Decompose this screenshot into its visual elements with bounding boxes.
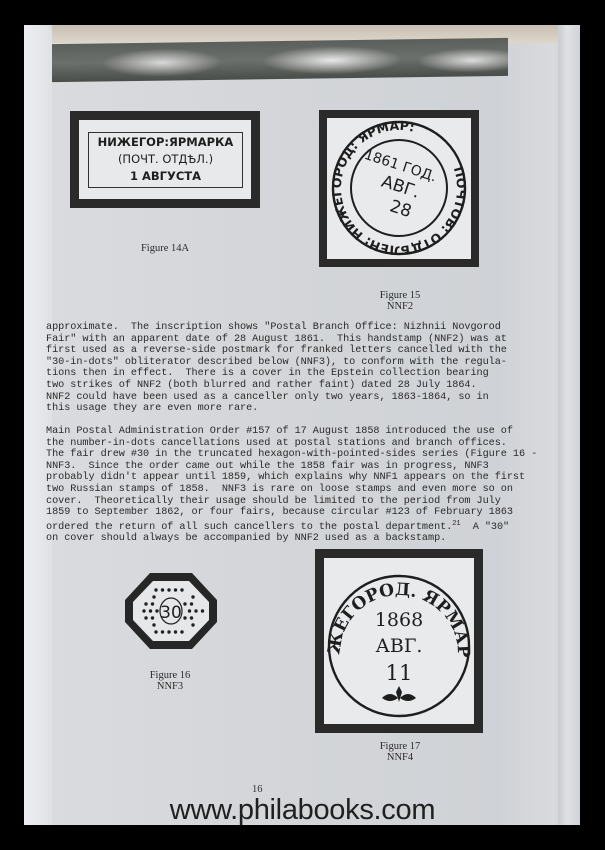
text-line: probably didn't appear until 1859, which… [46, 472, 516, 484]
text-line: the number-in-dots cancellations used at… [46, 438, 516, 450]
text-line: two Russian stamps of 1858. NNF3 is rare… [46, 484, 516, 496]
text-line: two strikes of NNF2 (both blurred and ra… [46, 380, 516, 392]
svg-text:30: 30 [160, 603, 182, 623]
text-line: "30-in-dots" obliterator described below… [46, 357, 516, 369]
figure-16-caption: Figure 16 NNF3 [130, 670, 210, 692]
caption-code: NNF2 [360, 301, 440, 312]
paragraph-2: Main Postal Administration Order #157 of… [46, 426, 516, 545]
caption-title: Figure 17 [360, 741, 440, 752]
stamp-line: (ПОЧТ. ОТДѢЛ.) [89, 151, 242, 168]
footnote-reference: 21 [452, 520, 460, 528]
stamp-box: НИЖЕГОР:ЯРМАРКА (ПОЧТ. ОТДѢЛ.) 1 АВГУСТА [88, 132, 243, 188]
text-line: tions then in effect. There is a cover i… [46, 368, 516, 380]
text-line: on cover should always be accompanied by… [46, 533, 516, 545]
document-page: НИЖЕГОР:ЯРМАРКА (ПОЧТ. ОТДѢЛ.) 1 АВГУСТА… [40, 60, 510, 800]
text-line: Fair" with an apparent date of 28 August… [46, 334, 516, 346]
right-page-edge [558, 25, 580, 825]
figure-17-caption: Figure 17 NNF4 [360, 741, 440, 763]
caption-title: Figure 14A [125, 243, 205, 254]
hexagon-dots-cancel-icon: 30 [122, 570, 220, 652]
caption-title: Figure 16 [130, 670, 210, 681]
text-line: NNF3. Since the order came out while the… [46, 461, 516, 473]
circular-postmark-icon: НИЖЕГОРОД. ЯРМАРКА 1868 АВГ. 11 [324, 558, 474, 724]
text-line: The fair drew #30 in the truncated hexag… [46, 449, 516, 461]
svg-text:11: 11 [386, 661, 413, 685]
caption-code: NNF3 [130, 681, 210, 692]
figure-17-stamp: НИЖЕГОРОД. ЯРМАРКА 1868 АВГ. 11 [315, 549, 483, 733]
text-line: this usage they are even more rare. [46, 403, 516, 415]
caption-title: Figure 15 [360, 290, 440, 301]
stamp-line: НИЖЕГОР:ЯРМАРКА [89, 134, 242, 151]
svg-text:1868: 1868 [375, 609, 423, 631]
text-line: ordered the return of all such canceller… [46, 519, 516, 534]
text-line: approximate. The inscription shows "Post… [46, 322, 516, 334]
paragraph-1: approximate. The inscription shows "Post… [46, 322, 516, 415]
text-line: cover. Theoretically their usage should … [46, 496, 516, 508]
text-line: Main Postal Administration Order #157 of… [46, 426, 516, 438]
figure-15-caption: Figure 15 NNF2 [360, 290, 440, 312]
circular-postmark-icon: ПОЧТОВ: ОТДѢЛЕН: НИЖЕГОРОД: ЯРМАР: 1861 … [327, 118, 471, 259]
stamp-line: 1 АВГУСТА [89, 168, 242, 185]
text-line: 1859 to September 1862, or four fairs, b… [46, 507, 516, 519]
text-line: first used as a reverse-side postmark fo… [46, 345, 516, 357]
figure-16-stamp: 30 [122, 570, 220, 652]
ornament-icon [382, 686, 416, 702]
figure-15-stamp: ПОЧТОВ: ОТДѢЛЕН: НИЖЕГОРОД: ЯРМАР: 1861 … [319, 110, 479, 267]
text-line: NNF2 could have been used as a canceller… [46, 392, 516, 404]
watermark-url: www.philabooks.com [0, 794, 605, 827]
caption-code: NNF4 [360, 752, 440, 763]
figure-14a-stamp: НИЖЕГОР:ЯРМАРКА (ПОЧТ. ОТДѢЛ.) 1 АВГУСТА [70, 111, 260, 208]
svg-text:АВГ.: АВГ. [376, 635, 423, 657]
figure-14a-caption: Figure 14A [125, 243, 205, 254]
